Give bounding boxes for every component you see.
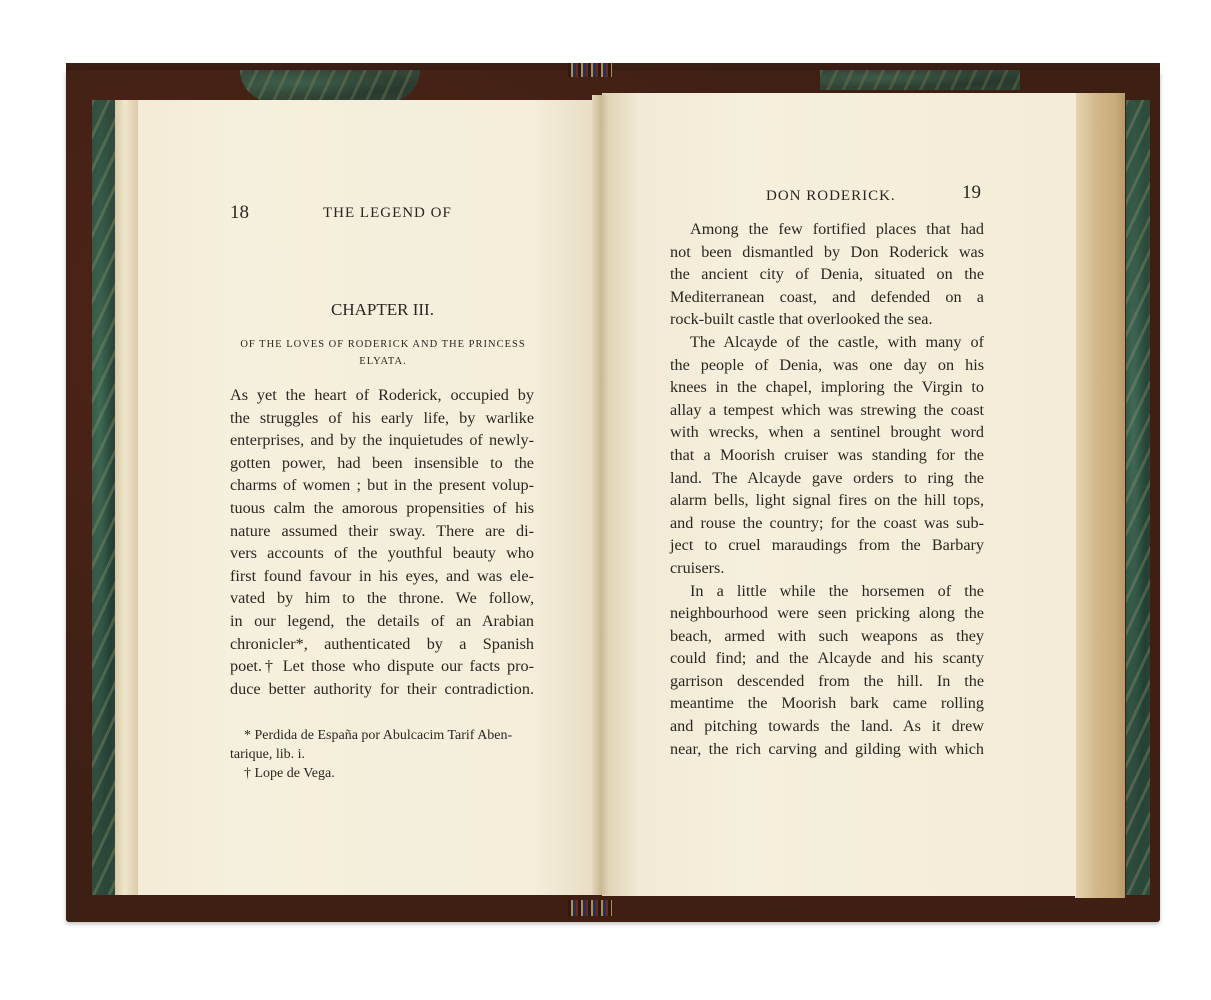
marbled-corner-top-right [820,70,1020,90]
text-line: first found favour in his eyes, and was … [230,565,534,588]
book-gutter [592,95,610,895]
text-line: The Alcayde of the castle, with many of [670,331,984,354]
text-line: gotten power, had been insensible to the [230,452,534,475]
text-line: enterprises, and by the inquietudes of n… [230,429,534,452]
text-line: that a Moorish cruiser was standing for … [670,444,984,467]
text-line: with wrecks, when a sentinel brought wor… [670,421,984,444]
text-line: duce better authority for their contradi… [230,678,534,701]
text-line: tuous calm the amorous propensities of h… [230,497,534,520]
text-line: neighbourhood were seen pricking along t… [670,602,984,625]
chapter-subtitle-line: ELYATA. [228,353,538,370]
text-line: charms of women ; but in the present vol… [230,474,534,497]
text-line: Mediterranean coast, and defended on a [670,286,984,309]
text-line: ject to cruel maraudings from the Barbar… [670,534,984,557]
marbled-board-left [92,100,116,895]
page-edges-right [1075,93,1125,898]
text-line: and rouse the country; for the coast was… [670,512,984,535]
text-line: in our legend, the details of an Arabian [230,610,534,633]
text-line: the ancient city of Denia, situated on t… [670,263,984,286]
text-line: As yet the heart of Roderick, occupied b… [230,384,534,407]
page-number-left: 18 [230,202,249,224]
text-line: poet.† Let those who dispute our facts p… [230,655,534,678]
chapter-subtitle-line: OF THE LOVES OF RODERICK AND THE PRINCES… [228,336,538,353]
chapter-title: CHAPTER III. [230,300,535,320]
text-line: vated by him to the throne. We follow, [230,587,534,610]
footnote-line: tarique, lib. i. [230,745,540,764]
chapter-subtitle: OF THE LOVES OF RODERICK AND THE PRINCES… [228,336,538,370]
footnotes: * Perdida de España por Abulcacim Tarif … [230,726,540,783]
running-head-left: THE LEGEND OF [323,205,452,222]
text-line: cruisers. [670,557,984,580]
text-line: In a little while the horsemen of the [670,580,984,603]
text-line: beach, armed with such weapons as they [670,625,984,648]
text-line: vers accounts of the youthful beauty who [230,542,534,565]
text-line: alarm bells, light signal fires on the h… [670,489,984,512]
text-line: chronicler*, authenticated by a Spanish [230,633,534,656]
text-line: meantime the Moorish bark came rolling [670,692,984,715]
page-number-right: 19 [962,182,981,204]
text-line: knees in the chapel, imploring the Virgi… [670,376,984,399]
page-edges-left [115,100,140,895]
marbled-corner-top-left [240,70,420,102]
text-line: Among the few fortified places that had [670,218,984,241]
footnote-line: † Lope de Vega. [230,764,540,783]
text-line: rock-built castle that overlooked the se… [670,308,984,331]
spine-headband-top [568,63,612,77]
right-page-body: Among the few fortified places that had … [670,218,984,760]
text-line: near, the rich carving and gilding with … [670,738,984,761]
left-page-body: As yet the heart of Roderick, occupied b… [230,384,534,700]
text-line: the struggles of his early life, by warl… [230,407,534,430]
marbled-board-right [1126,100,1150,895]
text-line: could find; and the Alcayde and his scan… [670,647,984,670]
text-line: garrison descended from the hill. In the [670,670,984,693]
running-head-right: DON RODERICK. [766,188,896,205]
footnote-line: * Perdida de España por Abulcacim Tarif … [230,726,540,745]
spine-headband-bottom [568,900,612,916]
text-line: the people of Denia, was one day on his [670,354,984,377]
text-line: nature assumed their sway. There are di- [230,520,534,543]
text-line: not been dismantled by Don Roderick was [670,241,984,264]
text-line: and pitching towards the land. As it dre… [670,715,984,738]
text-line: land. The Alcayde gave orders to ring th… [670,467,984,490]
text-line: allay a tempest which was strewing the c… [670,399,984,422]
